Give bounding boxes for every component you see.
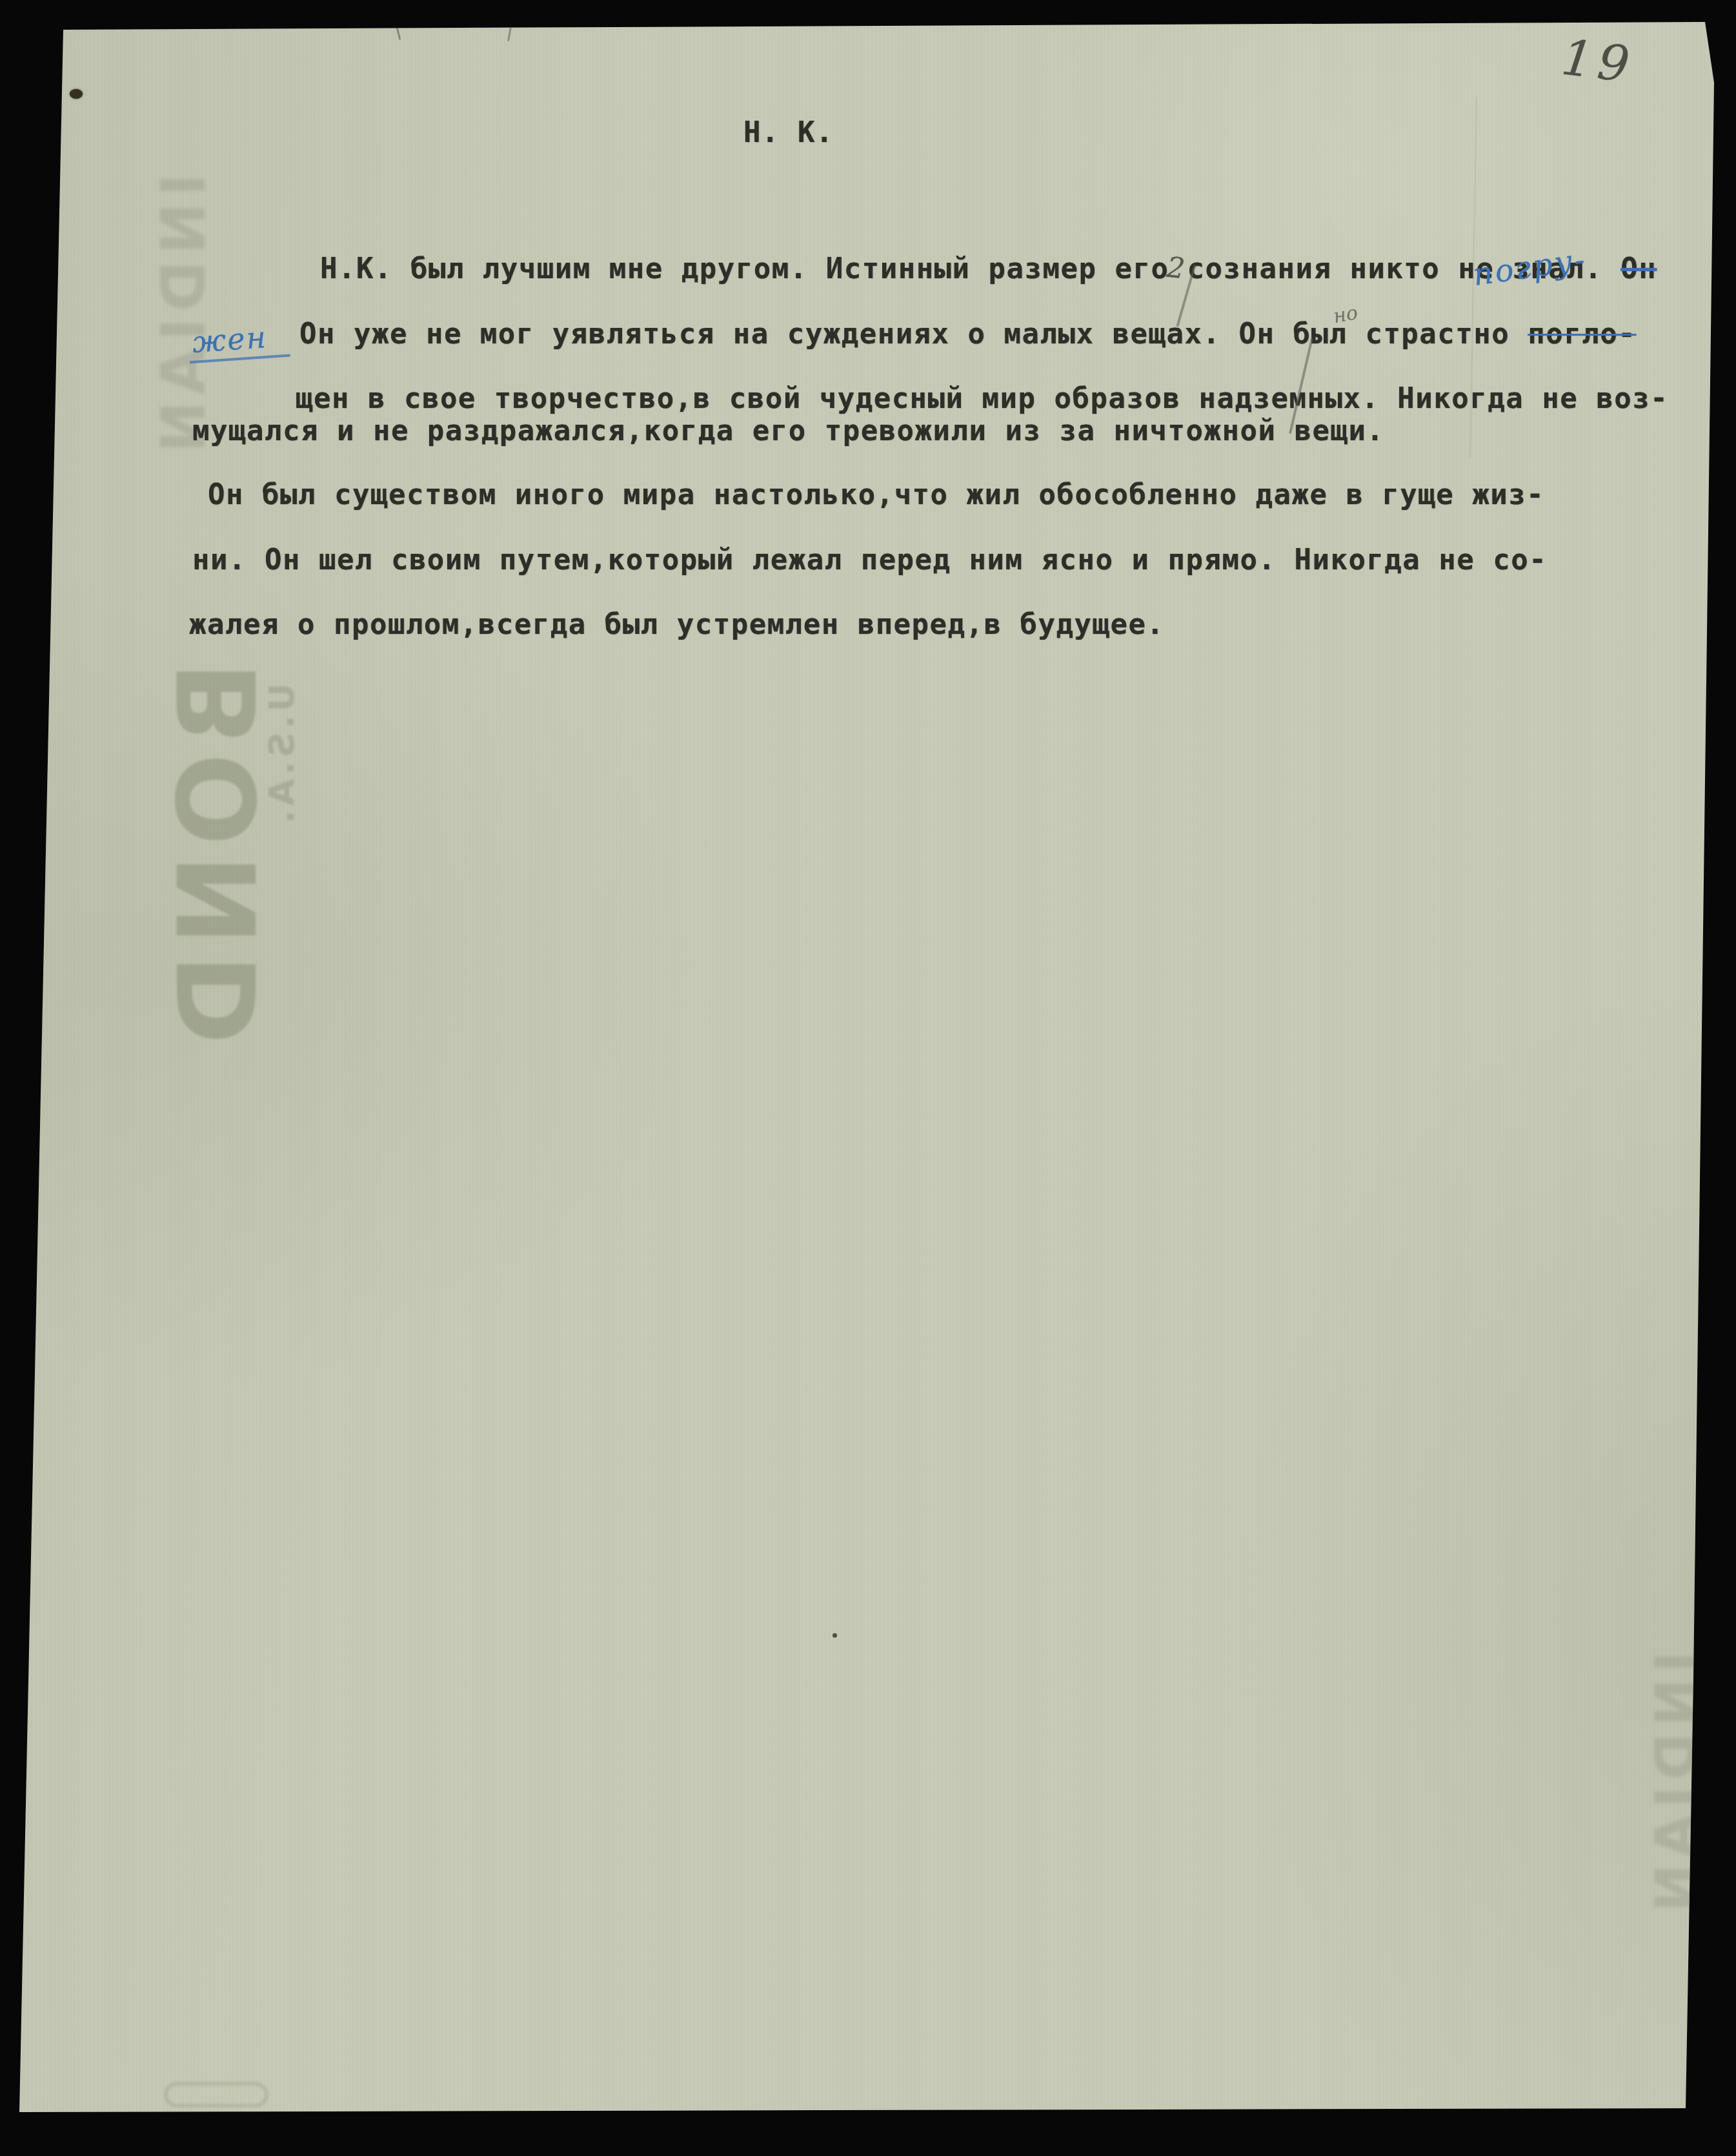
text-line-4: мущался и не раздражался,когда его трево… [192, 414, 1384, 447]
line2-text: Он уже не мог уявляться на суждениях о м… [299, 318, 1221, 351]
pencil-insert-digit: 2 [1165, 251, 1186, 286]
line2-text2: Он был страстно [1220, 318, 1528, 351]
watermark-oval [165, 2082, 268, 2107]
watermark-ghost-right-edge: INDIAN [1642, 1462, 1713, 2108]
line2-struck-word: погло- [1528, 318, 1636, 351]
paper-hole-speck [70, 89, 83, 99]
paper-sheet: BOND U.S.A. INDIAN INDIAN Н. К. Н.К. был… [0, 0, 1736, 2156]
handwritten-page-number: 19 [1559, 28, 1638, 94]
pencil-note-line3: но [1331, 301, 1359, 328]
ink-dot-speck [833, 1633, 837, 1638]
watermark-bond: BOND [155, 662, 271, 1049]
text-line-6: ни. Он шел своим путем,который лежал пер… [192, 544, 1547, 576]
page-title: Н. К. [743, 116, 834, 149]
scan-background: BOND U.S.A. INDIAN INDIAN Н. К. Н.К. был… [0, 0, 1736, 2156]
text-line-5: Он был существом иного мира настолько,чт… [208, 478, 1544, 511]
line3-text: щен в свое творчество,в свой чудесный ми… [296, 382, 1379, 415]
line3-text2: Никогда не воз- [1379, 382, 1668, 415]
line1-struck-word: Он [1620, 252, 1657, 285]
edge-tick-2 [507, 27, 512, 41]
blue-correction-zhen: жен [187, 318, 290, 364]
line1-text: Н.К. был лучшим мне другом. Истинный раз… [320, 252, 1620, 285]
edge-tick-1 [395, 22, 401, 40]
watermark-usa: U.S.A. [261, 678, 300, 833]
text-line-7: жалея о прошлом,всегда был устремлен впе… [189, 608, 1164, 641]
